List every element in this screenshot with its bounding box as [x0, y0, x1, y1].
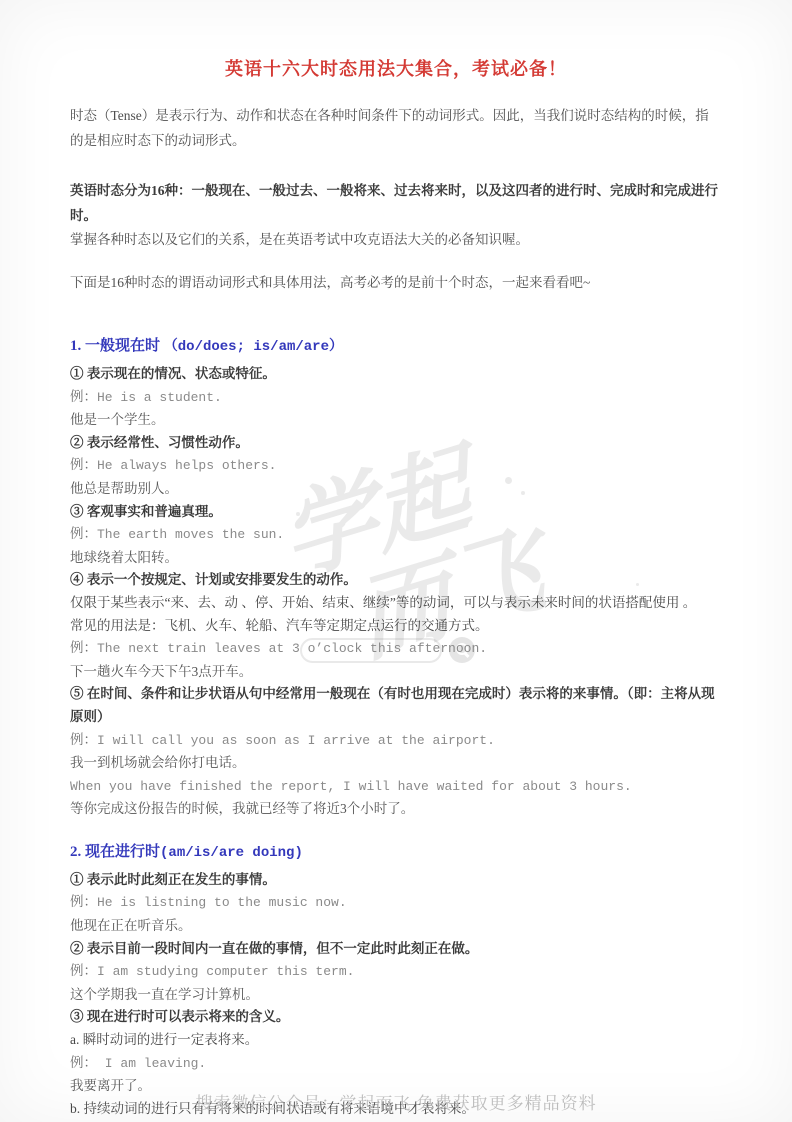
intro-paragraph: 时态（Tense）是表示行为、动作和状态在各种时间条件下的动词形式。因此，当我们… — [70, 104, 722, 153]
explanation-note: 仅限于某些表示“来、去、动 、停、开始、结束、继续”等的动词，可以与表示未来时间… — [70, 595, 696, 610]
example-prefix: 例： — [70, 894, 97, 909]
line-cn: 下一趟火车今天下午3点开车。 — [70, 661, 722, 684]
section-heading-cn: 1. 一般现在时 — [70, 338, 164, 354]
chinese-translation: 这个学期我一直在学习计算机。 — [70, 987, 259, 1002]
line-example: 例：The earth moves the sun. — [70, 523, 722, 547]
intro-paragraph: 英语时态分为16种：一般现在、一般过去、一般将来、过去将来时，以及这四者的进行时… — [70, 179, 722, 228]
line-cn: 等你完成这份报告的时候，我就已经等了将近3个小时了。 — [70, 798, 722, 821]
line-cn: 他是一个学生。 — [70, 409, 722, 432]
document-page: 学起 而飞 英语十六大时态用法大集合，考试必备！ 时态（Tense）是表示行为、… — [0, 0, 792, 1122]
line-example: 例： I am leaving. — [70, 1052, 722, 1076]
usage-point: ③ 现在进行时可以表示将来的含义。 — [70, 1009, 289, 1024]
example-english: He always helps others. — [97, 458, 276, 473]
example-prefix: 例： — [70, 963, 97, 978]
line-en: When you have finished the report, I wil… — [70, 775, 722, 799]
document-content: 英语十六大时态用法大集合，考试必备！ 时态（Tense）是表示行为、动作和状态在… — [0, 0, 792, 1120]
chinese-translation: 他是一个学生。 — [70, 412, 165, 427]
line-example: 例：I will call you as soon as I arrive at… — [70, 729, 722, 753]
explanation-note: a. 瞬时动词的进行一定表将来。 — [70, 1032, 258, 1047]
line-cn: 地球绕着太阳转。 — [70, 547, 722, 570]
line-cn: 这个学期我一直在学习计算机。 — [70, 984, 722, 1007]
section-heading-latin: （do/does; is/am/are） — [164, 339, 343, 355]
line-example: 例：The next train leaves at 3 o’clock thi… — [70, 637, 722, 661]
line-point: ③ 现在进行时可以表示将来的含义。 — [70, 1006, 722, 1029]
example-prefix: 例： — [70, 389, 97, 404]
example-english: I will call you as soon as I arrive at t… — [97, 733, 495, 748]
chinese-translation: 他总是帮助别人。 — [70, 481, 178, 496]
chinese-translation: 下一趟火车今天下午3点开车。 — [70, 664, 252, 679]
intro-paragraph: 掌握各种时态以及它们的关系，是在英语考试中攻克语法大关的必备知识喔。 — [70, 228, 722, 253]
example-prefix: 例： — [70, 640, 97, 655]
line-point: ① 表示现在的情况、状态或特征。 — [70, 363, 722, 386]
usage-point: ① 表示此时此刻正在发生的事情。 — [70, 872, 276, 887]
section-heading: 2. 现在进行时(am/is/are doing) — [70, 841, 722, 864]
example-prefix: 例： — [70, 732, 97, 747]
usage-point: ③ 客观事实和普遍真理。 — [70, 504, 222, 519]
line-example: 例：He is a student. — [70, 386, 722, 410]
line-point: ② 表示目前一段时间内一直在做的事情，但不一定此时此刻正在做。 — [70, 938, 722, 961]
section-1: 1. 一般现在时 （do/does; is/am/are）① 表示现在的情况、状… — [70, 335, 722, 821]
section-2: 2. 现在进行时(am/is/are doing)① 表示此时此刻正在发生的事情… — [70, 841, 722, 1121]
chinese-translation: 地球绕着太阳转。 — [70, 550, 178, 565]
example-english: I am leaving. — [97, 1056, 206, 1071]
line-note: a. 瞬时动词的进行一定表将来。 — [70, 1029, 722, 1052]
usage-point: ① 表示现在的情况、状态或特征。 — [70, 366, 276, 381]
line-example: 例：I am studying computer this term. — [70, 960, 722, 984]
usage-point: ② 表示目前一段时间内一直在做的事情，但不一定此时此刻正在做。 — [70, 941, 478, 956]
example-english: The next train leaves at 3 o’clock this … — [97, 641, 487, 656]
example-english: I am studying computer this term. — [97, 964, 354, 979]
line-point: ⑤ 在时间、条件和让步状语从句中经常用一般现在（有时也用现在完成时）表示将的来事… — [70, 683, 722, 728]
intro-paragraph: 下面是16种时态的谓语动词形式和具体用法，高考必考的是前十个时态，一起来看看吧~ — [70, 271, 722, 296]
example-prefix: 例： — [70, 457, 97, 472]
usage-point: ② 表示经常性、习惯性动作。 — [70, 435, 249, 450]
example-prefix: 例： — [70, 526, 97, 541]
line-cn: 他总是帮助别人。 — [70, 478, 722, 501]
intro-paragraphs: 时态（Tense）是表示行为、动作和状态在各种时间条件下的动词形式。因此，当我们… — [70, 104, 722, 295]
line-point: ④ 表示一个按规定、计划或安排要发生的动作。 — [70, 569, 722, 592]
footer-promo-text: 搜索微信公众号：学起而飞 免费获取更多精品资料 — [0, 1089, 792, 1114]
section-heading: 1. 一般现在时 （do/does; is/am/are） — [70, 335, 722, 358]
line-example: 例：He always helps others. — [70, 454, 722, 478]
line-point: ③ 客观事实和普遍真理。 — [70, 501, 722, 524]
section-heading-cn: 2. 现在进行时 — [70, 844, 160, 860]
example-english: The earth moves the sun. — [97, 527, 284, 542]
line-cn: 他现在正在听音乐。 — [70, 915, 722, 938]
line-cn: 我一到机场就会给你打电话。 — [70, 752, 722, 775]
usage-point: ⑤ 在时间、条件和让步状语从句中经常用一般现在（有时也用现在完成时）表示将的来事… — [70, 686, 715, 724]
chinese-translation: 我一到机场就会给你打电话。 — [70, 755, 246, 770]
usage-point: ④ 表示一个按规定、计划或安排要发生的动作。 — [70, 572, 357, 587]
line-example: 例：He is listning to the music now. — [70, 891, 722, 915]
example-english: He is listning to the music now. — [97, 895, 347, 910]
explanation-note: 常见的用法是：飞机、火车、轮船、汽车等定期定点运行的交通方式。 — [70, 618, 489, 633]
example-prefix: 例： — [70, 1055, 97, 1070]
line-note: 仅限于某些表示“来、去、动 、停、开始、结束、继续”等的动词，可以与表示未来时间… — [70, 592, 722, 615]
section-heading-latin: (am/is/are doing) — [160, 845, 303, 861]
page-title: 英语十六大时态用法大集合，考试必备！ — [70, 56, 722, 82]
sections-container: 1. 一般现在时 （do/does; is/am/are）① 表示现在的情况、状… — [70, 335, 722, 1120]
line-note: 常见的用法是：飞机、火车、轮船、汽车等定期定点运行的交通方式。 — [70, 615, 722, 638]
chinese-translation: 他现在正在听音乐。 — [70, 918, 192, 933]
example-english: He is a student. — [97, 390, 222, 405]
example-english: When you have finished the report, I wil… — [70, 779, 632, 794]
line-point: ② 表示经常性、习惯性动作。 — [70, 432, 722, 455]
chinese-translation: 等你完成这份报告的时候，我就已经等了将近3个小时了。 — [70, 801, 414, 816]
line-point: ① 表示此时此刻正在发生的事情。 — [70, 869, 722, 892]
